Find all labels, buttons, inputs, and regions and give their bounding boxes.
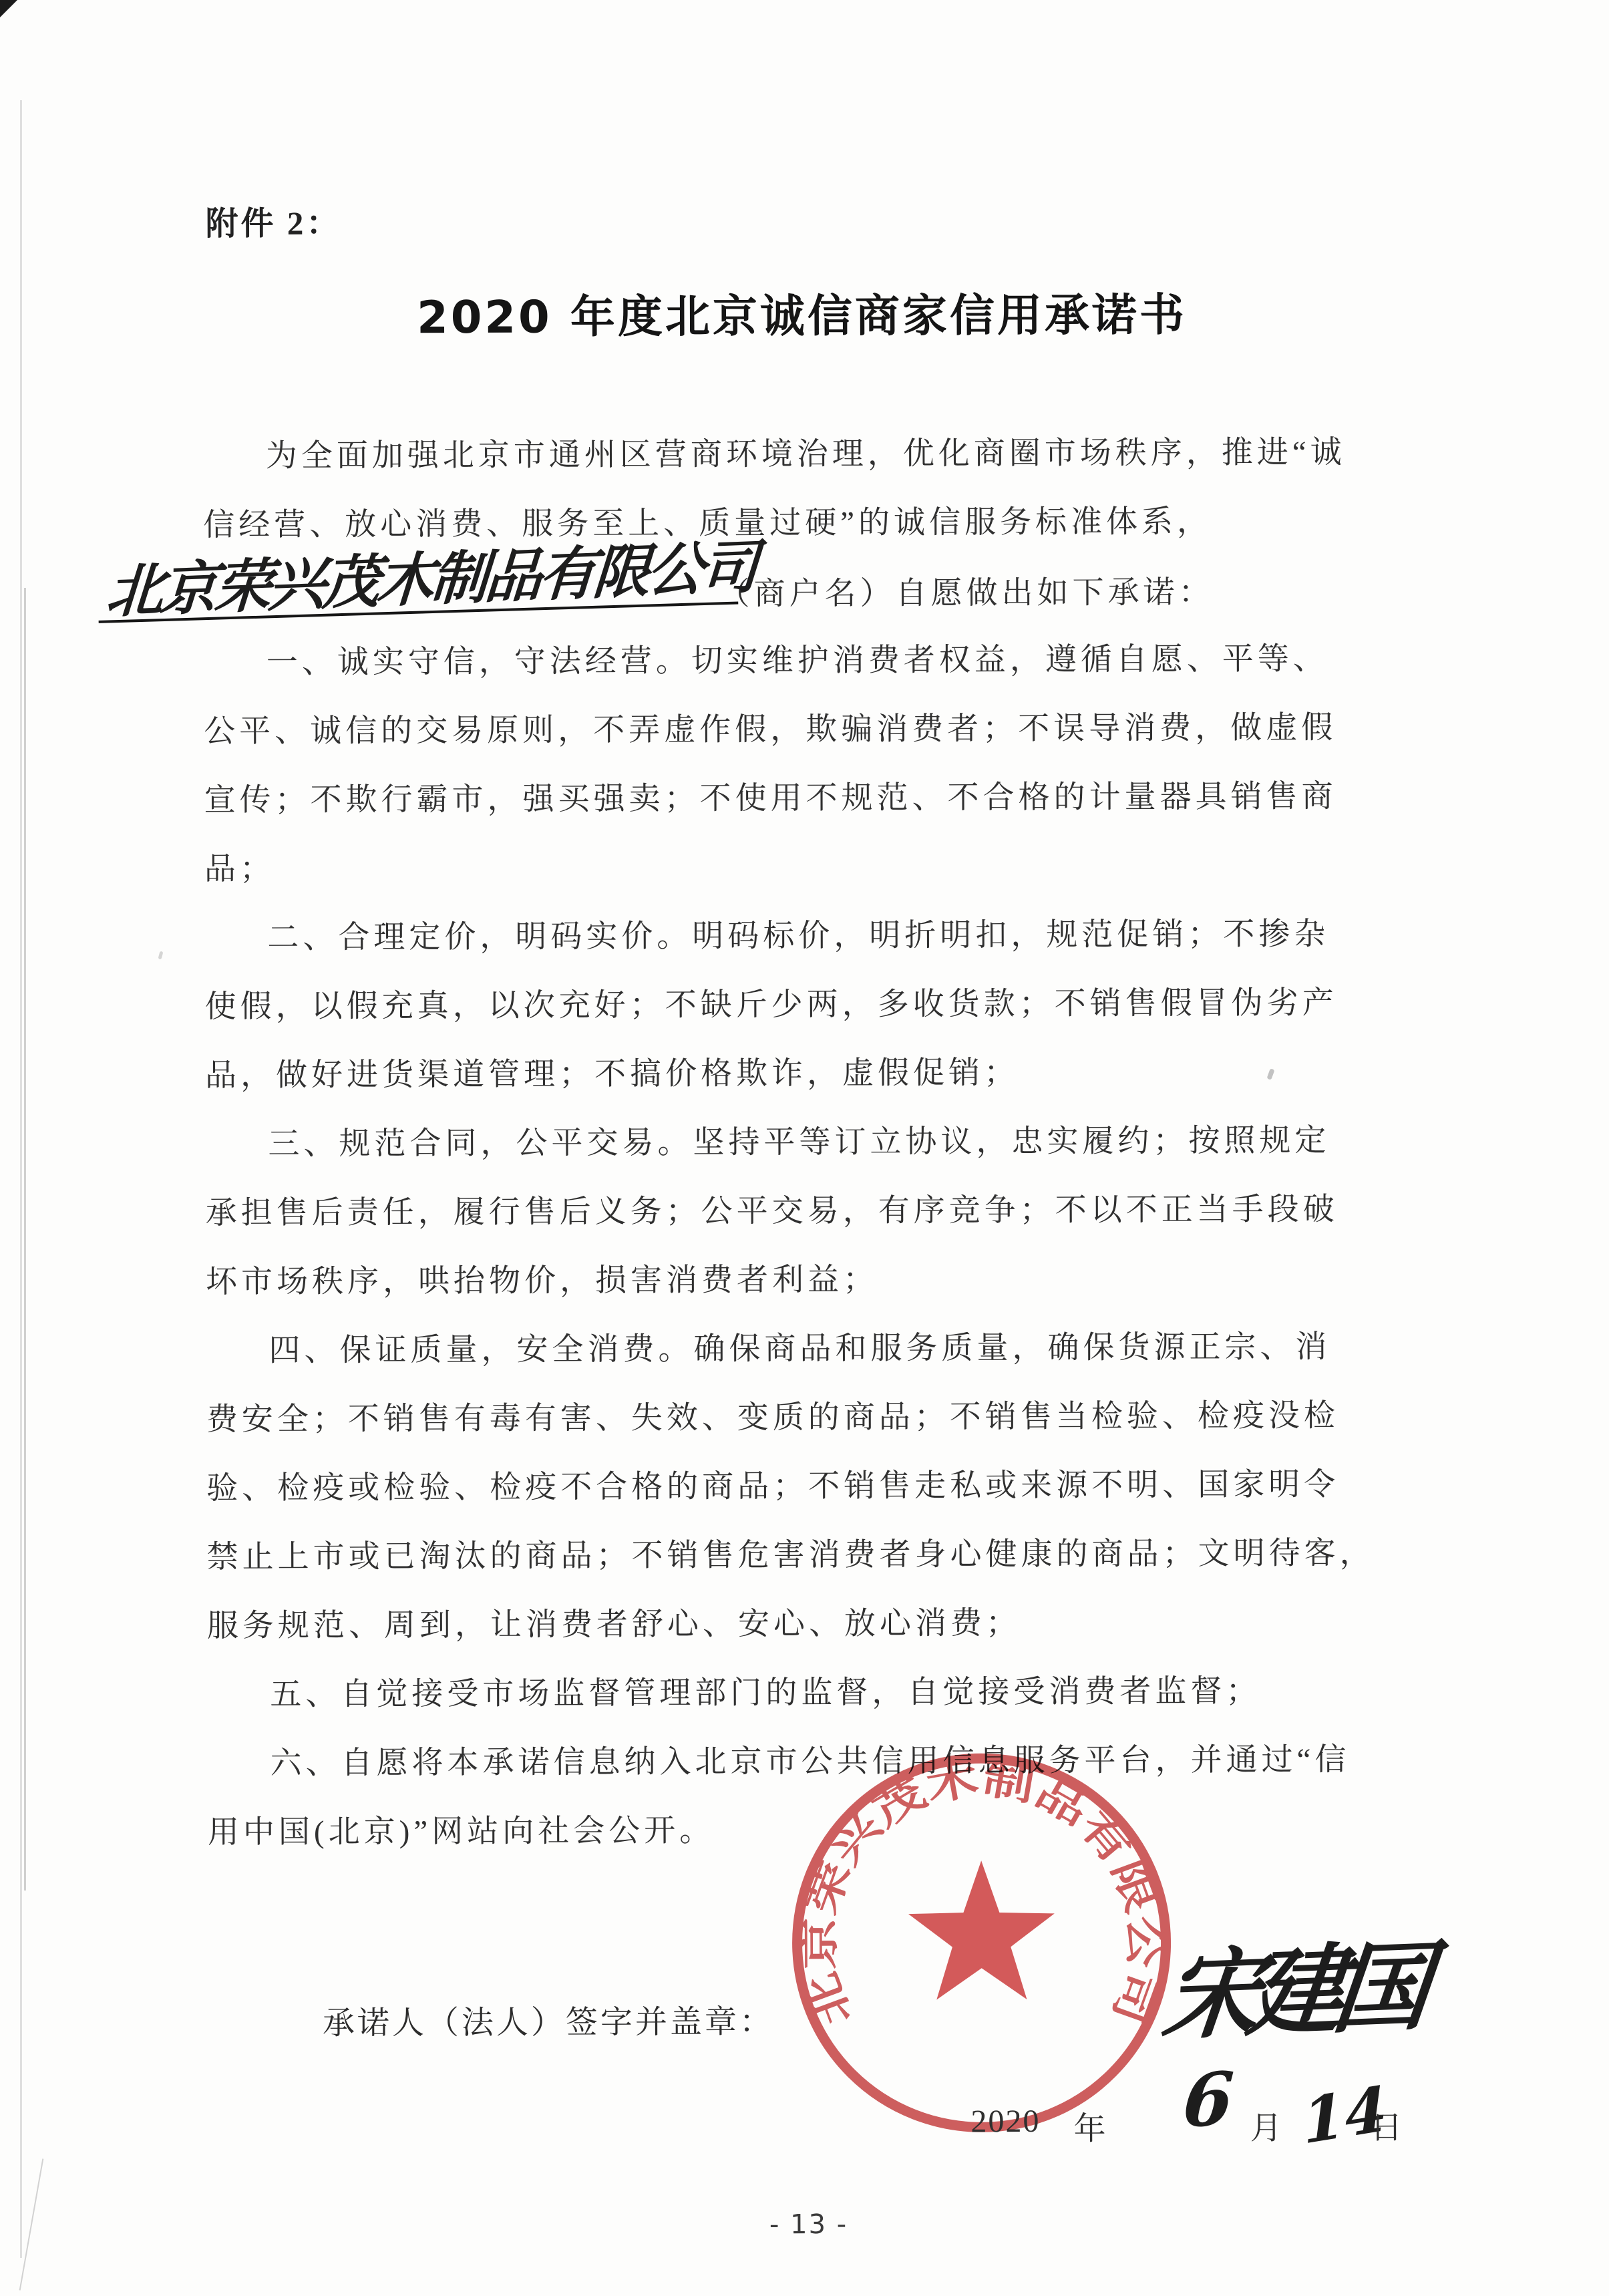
body-line: 使假，以假充真，以次充好；不缺斤少两，多收货款；不销售假冒伪劣产 bbox=[205, 977, 1421, 1026]
body-line: 费安全；不销售有毒有害、失效、变质的商品；不销售当检验、检疫没检 bbox=[206, 1390, 1422, 1439]
body-line: 承担售后责任，履行售后义务；公平交易，有序竞争；不以不正当手段破 bbox=[206, 1184, 1421, 1233]
company-stamp: 北京荣兴茂木制品有限公司 bbox=[771, 1742, 1193, 2157]
signature-handwriting: 宋建国 bbox=[1157, 1909, 1426, 2059]
body-line: 一、诚实守信，守法经营。切实维护消费者权益，遵循自愿、平等、 bbox=[204, 633, 1482, 683]
body-line: 五、自觉接受市场监督管理部门的监督，自觉接受消费者监督； bbox=[207, 1665, 1485, 1715]
body-line: 为全面加强北京市通州区营商环境治理，优化商圈市场秩序，推进“诚 bbox=[203, 427, 1481, 476]
scanned-document-page: 附件 2： 2020 年度北京诚信商家信用承诺书 为全面加强北京市通州区营商环境… bbox=[0, 0, 1609, 2296]
page-number: - 13 - bbox=[4, 2206, 1609, 2243]
body-line: 宣传；不欺行霸市，强买强卖；不使用不规范、不合格的计量器具销售商 bbox=[204, 771, 1419, 820]
body-line: 验、检疫或检验、检疫不合格的商品；不销售走私或来源不明、国家明令 bbox=[206, 1459, 1422, 1508]
body-line: 三、规范合同，公平交易。坚持平等订立协议，忠实履约；按照规定 bbox=[205, 1115, 1483, 1164]
body-line: 服务规范、周到，让消费者舒心、安心、放心消费； bbox=[207, 1597, 1423, 1645]
company-name-handwriting: 北京荣兴茂木制品有限公司 bbox=[104, 520, 759, 629]
date-month-unit: 月 bbox=[1250, 2102, 1282, 2148]
body-line: 禁止上市或已淘汰的商品；不销售危害消费者身心健康的商品；文明待客， bbox=[206, 1528, 1422, 1577]
body-line: 四、保证质量，安全消费。确保商品和服务质量，确保货源正宗、消 bbox=[206, 1321, 1484, 1371]
body-line: 公平、诚信的交易原则，不弄虚作假，欺骗消费者；不误导消费，做虚假 bbox=[204, 702, 1419, 751]
body-line: 品； bbox=[204, 840, 1420, 888]
date-year: 2020 bbox=[970, 2103, 1040, 2140]
date-month-handwriting: 6 bbox=[1180, 2056, 1236, 2144]
signature-label: 承诺人（法人）签字并盖章： bbox=[323, 1995, 774, 2043]
attachment-label: 附件 2： bbox=[205, 198, 341, 245]
star-icon bbox=[908, 1860, 1055, 2000]
merchant-name-line: （商户名）自愿做出如下承诺： bbox=[718, 567, 1214, 614]
body-line: 坏市场秩序，哄抬物价，损害消费者利益； bbox=[206, 1253, 1421, 1301]
document-content: 附件 2： 2020 年度北京诚信商家信用承诺书 为全面加强北京市通州区营商环境… bbox=[0, 0, 1609, 2296]
body-line: 品，做好进货渠道管理；不搞价格欺诈，虚假促销； bbox=[205, 1046, 1421, 1095]
document-title: 2020 年度北京诚信商家信用承诺书 bbox=[0, 278, 1606, 347]
date-year-unit: 年 bbox=[1073, 2103, 1105, 2149]
date-day-unit: 日 bbox=[1370, 2102, 1402, 2148]
body-line: 二、合理定价，明码实价。明码标价，明折明扣，规范促销；不掺杂 bbox=[204, 909, 1483, 958]
